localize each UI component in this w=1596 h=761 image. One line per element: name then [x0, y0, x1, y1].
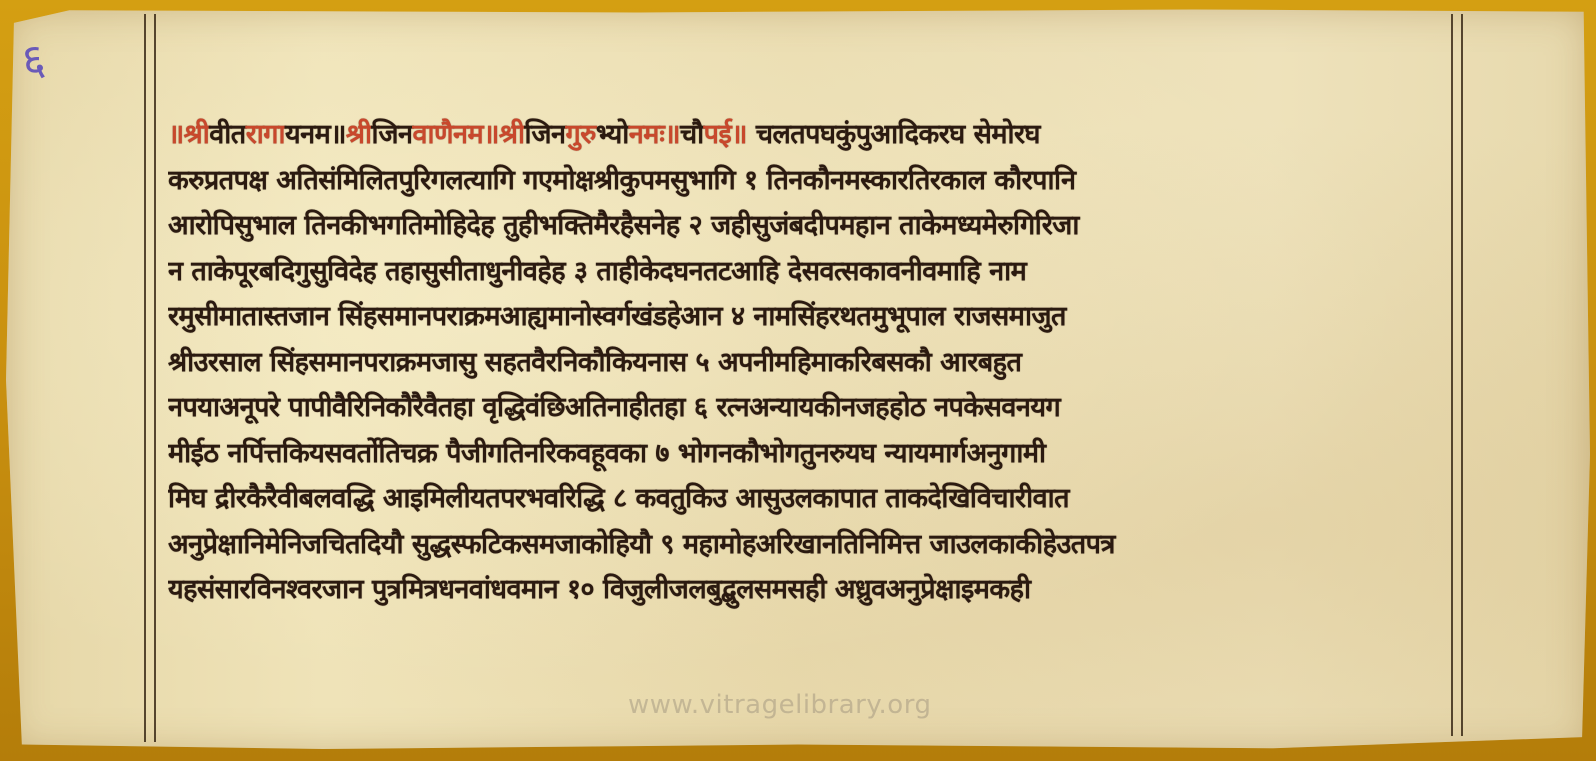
invocation-red: राग: [246, 119, 285, 150]
invocation-red: श्री: [499, 119, 525, 150]
invocation-red: गुरु: [566, 119, 596, 150]
manuscript-text: ॥श्रीवीतरागायनम॥श्रीजिनवाणैनम॥श्रीजिनगुर…: [168, 112, 1430, 613]
invocation-red: वाणैनम॥: [413, 119, 499, 150]
text-line-1: करुप्रतपक्ष अतिसंमिलितपुरिगलत्यागि गएमोक…: [168, 158, 1430, 204]
text-black: चलतपघकुंपुआदिकरघ सेमोरघ: [747, 119, 1040, 150]
invocation-red: ॥श्री: [168, 119, 209, 150]
invocation-black: ायनम॥: [285, 119, 346, 150]
header-line: ॥श्रीवीतरागायनम॥श्रीजिनवाणैनम॥श्रीजिनगुर…: [168, 112, 1430, 158]
text-line-7: मीईठ नर्पित्तकियसवर्तोतिचक्र पैजीगतिनरिक…: [168, 431, 1430, 477]
text-line-4: रमुसीमातास्तजान सिंहसमानपराक्रमआह्यमानोस…: [168, 294, 1430, 340]
left-margin-rule-outer: [144, 14, 146, 742]
text-line-2: आरोपिसुभाल तिनकीभगतिमोहिदेह तुहीभक्तिमैर…: [168, 203, 1430, 249]
invocation-black: जिन: [372, 119, 413, 150]
invocation-black: जिन: [524, 119, 565, 150]
invocation-red: नमः॥: [629, 119, 680, 150]
watermark: www.vitragelibrary.org: [628, 690, 931, 720]
invocation-red: श्री: [346, 119, 372, 150]
text-line-5: श्रीउरसाल सिंहसमानपराक्रमजासु सहतवैरनिकौ…: [168, 340, 1430, 386]
invocation-black: चौ: [680, 119, 704, 150]
text-line-6: नपयाअनूपरे पापीवैरिनिकौरैवैतहा वृद्धिवंछ…: [168, 385, 1430, 431]
right-margin-rule-outer: [1451, 14, 1453, 736]
text-line-3: न ताकेपूरबदिगुसुविदेह तहासुसीताधुनीवहेह …: [168, 249, 1430, 295]
right-margin-rule-inner: [1461, 14, 1463, 736]
text-line-8: मिघ द्रीरकैरैवीबलवद्धि आइमिलीयतपरभवरिद्ध…: [168, 476, 1430, 522]
text-line-10: यहसंसारविनश्वरजान पुत्रमित्रधनवांधवमान १…: [168, 567, 1430, 613]
invocation-black: भ्यो: [596, 119, 629, 150]
text-line-9: अनुप्रेक्षानिमेनिजचितदियौ सुद्धस्फटिकसमज…: [168, 522, 1430, 568]
invocation-black: वीत: [209, 119, 245, 150]
left-margin-rule-inner: [154, 14, 156, 742]
invocation-red: पई॥: [704, 119, 747, 150]
